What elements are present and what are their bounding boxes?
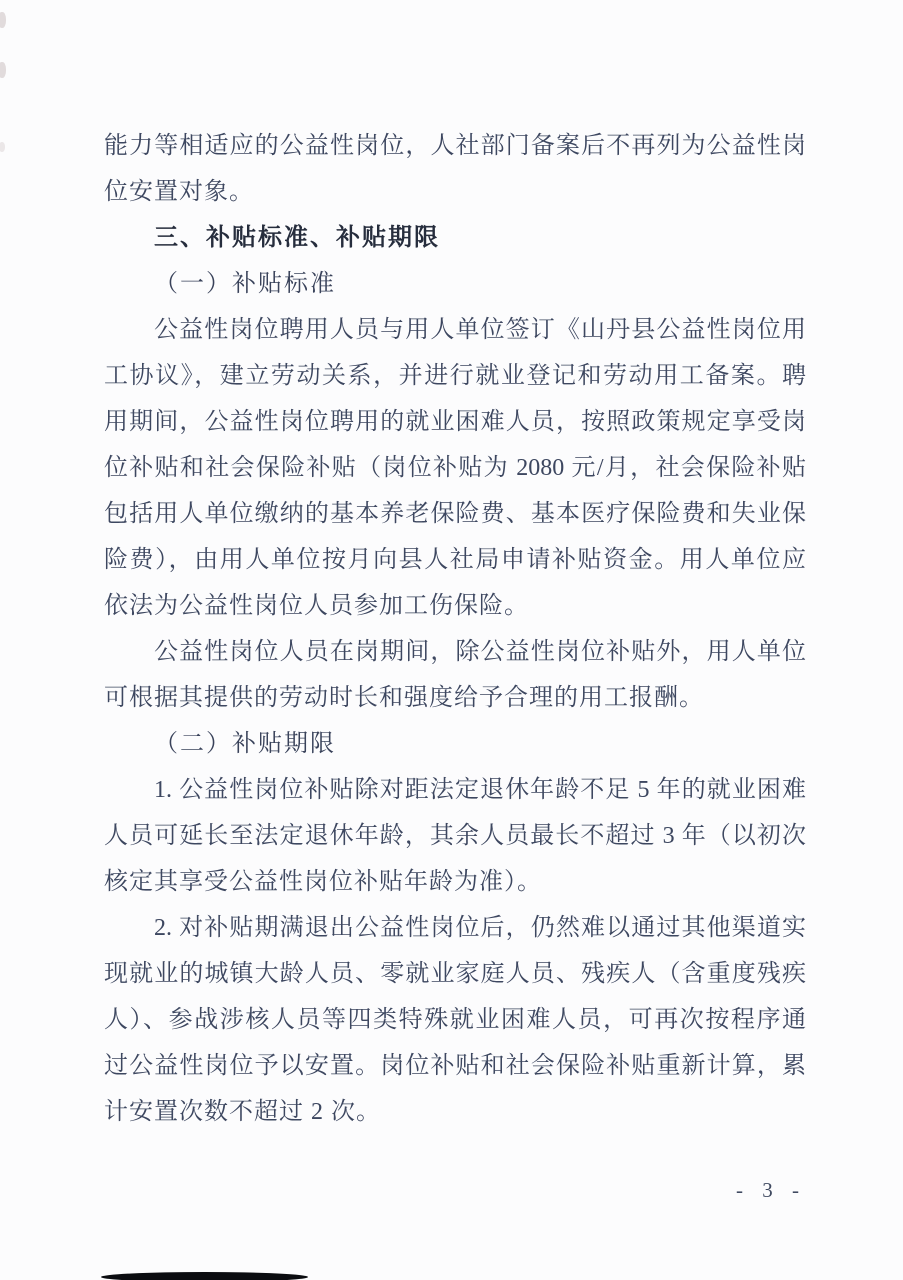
document-line: 过公益性岗位予以安置。岗位补贴和社会保险补贴重新计算，累	[104, 1043, 806, 1089]
document-line: 位补贴和社会保险补贴（岗位补贴为 2080 元/月，社会保险补贴	[104, 445, 806, 491]
document-line: 能力等相适应的公益性岗位，人社部门备案后不再列为公益性岗	[104, 123, 806, 169]
scan-speck-artifact	[0, 62, 6, 78]
document-line: 依法为公益性岗位人员参加工伤保险。	[104, 583, 806, 629]
document-line: （一）补贴标准	[104, 261, 806, 307]
document-line: 险费），由用人单位按月向县人社局申请补贴资金。用人单位应	[104, 537, 806, 583]
document-line: 包括用人单位缴纳的基本养老保险费、基本医疗保险费和失业保	[104, 491, 806, 537]
document-line: 公益性岗位聘用人员与用人单位签订《山丹县公益性岗位用	[104, 307, 806, 353]
document-line: （二）补贴期限	[104, 721, 806, 767]
document-line: 现就业的城镇大龄人员、零就业家庭人员、残疾人（含重度残疾	[104, 951, 806, 997]
document-line: 用期间，公益性岗位聘用的就业困难人员，按照政策规定享受岗	[104, 399, 806, 445]
document-page: 能力等相适应的公益性岗位，人社部门备案后不再列为公益性岗位安置对象。三、补贴标准…	[0, 0, 903, 1280]
page-number: - 3 -	[736, 1178, 806, 1203]
scan-speck-artifact	[0, 142, 5, 152]
document-line: 核定其享受公益性岗位补贴年龄为准）。	[104, 859, 806, 905]
document-line: 可根据其提供的劳动时长和强度给予合理的用工报酬。	[104, 675, 806, 721]
document-line: 工协议》，建立劳动关系，并进行就业登记和劳动用工备案。聘	[104, 353, 806, 399]
scan-speck-artifact	[0, 12, 6, 28]
document-line: 2. 对补贴期满退出公益性岗位后，仍然难以通过其他渠道实	[104, 905, 806, 951]
document-line: 1. 公益性岗位补贴除对距法定退休年龄不足 5 年的就业困难	[104, 767, 806, 813]
document-line: 位安置对象。	[104, 169, 806, 215]
document-line: 人员可延长至法定退休年龄，其余人员最长不超过 3 年（以初次	[104, 813, 806, 859]
document-line: 计安置次数不超过 2 次。	[104, 1089, 806, 1135]
scan-bottom-edge-artifact	[101, 1272, 308, 1280]
document-body: 能力等相适应的公益性岗位，人社部门备案后不再列为公益性岗位安置对象。三、补贴标准…	[104, 123, 806, 1135]
document-line: 人）、参战涉核人员等四类特殊就业困难人员，可再次按程序通	[104, 997, 806, 1043]
document-line: 三、补贴标准、补贴期限	[104, 215, 806, 261]
document-line: 公益性岗位人员在岗期间，除公益性岗位补贴外，用人单位	[104, 629, 806, 675]
